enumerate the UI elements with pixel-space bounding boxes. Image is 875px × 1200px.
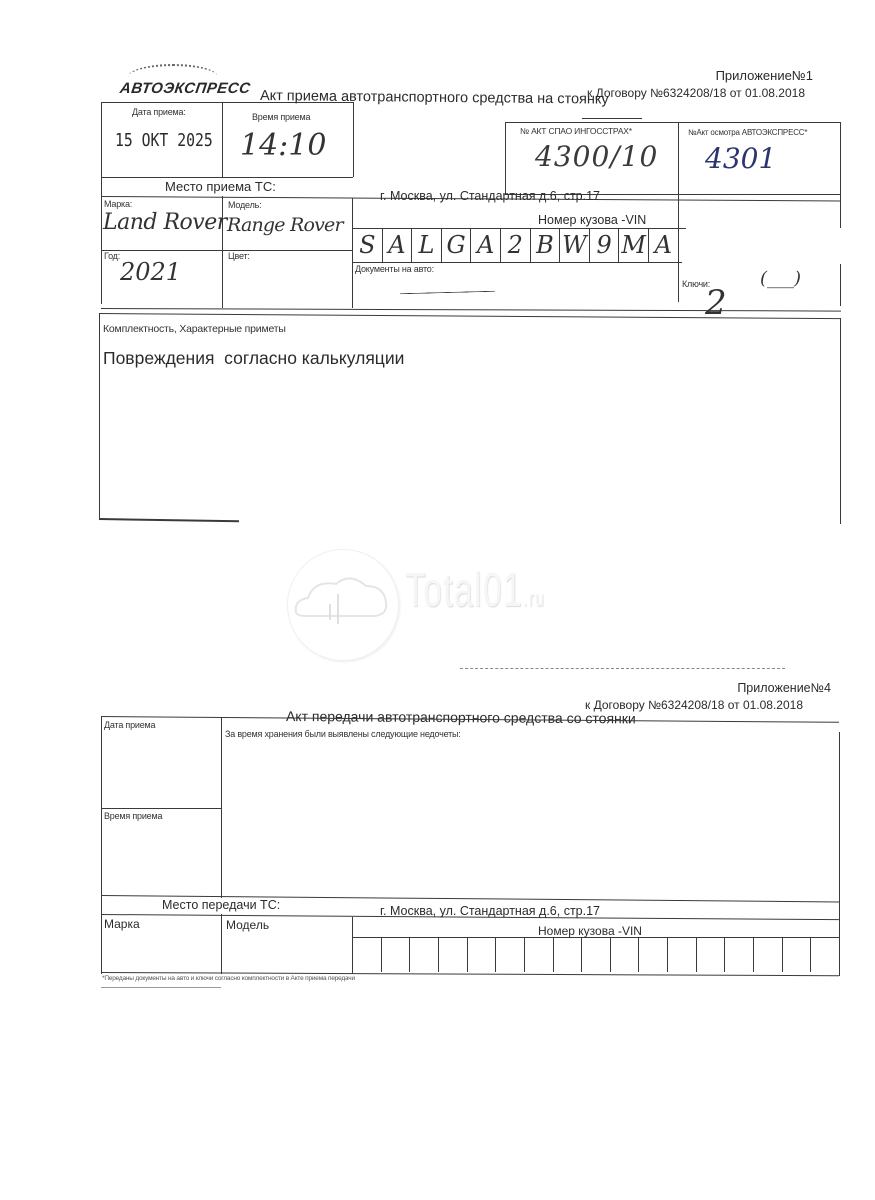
footnote: *Переданы документы на авто и ключи согл… — [102, 975, 355, 982]
f2-left-border — [101, 716, 102, 974]
make-label: Марка: — [104, 199, 132, 209]
vin-cell-empty — [381, 938, 410, 972]
title-underline — [582, 118, 642, 119]
vin-cell-empty — [467, 938, 496, 972]
place-value: г. Москва, ул. Стандартная д.6, стр.17 — [380, 189, 600, 203]
f1-ingos-left-divider — [505, 122, 506, 194]
time-label: Время приема — [252, 112, 310, 122]
vin-cell-empty — [696, 938, 725, 972]
f1-top-left-border — [101, 102, 353, 103]
vin-cell-divider — [678, 228, 682, 262]
form1-title: Акт приема автотранспортного средства на… — [260, 88, 609, 108]
car-cloud-icon — [287, 549, 399, 661]
watermark-text: Total01.ru — [405, 563, 545, 618]
defects-label: За время хранения были выявлены следующи… — [225, 729, 461, 739]
model-value: Range Rover — [227, 214, 343, 236]
autoexpress-act-value: 4301 — [705, 142, 776, 175]
f1-right-border — [840, 122, 841, 306]
docs-label: Документы на авто: — [355, 264, 434, 274]
vin-cell-empty — [553, 938, 582, 972]
docs-dash-stroke — [400, 291, 495, 294]
autoexpress-logo: АВТОЭКСПРЕСС — [120, 62, 230, 102]
f2-place-value: г. Москва, ул. Стандартная д.6, стр.17 — [380, 904, 600, 918]
vin-cell: A — [382, 228, 412, 262]
vin-cell-empty — [581, 938, 610, 972]
f2-right-border — [839, 732, 840, 976]
f1-completeness-right — [840, 318, 841, 524]
ingos-act-value: 4300/10 — [535, 140, 658, 173]
f2-place-label: Место передачи ТС: — [162, 898, 280, 912]
f1-left-border — [101, 102, 102, 304]
vin-cell: 9 — [589, 228, 619, 262]
f1-completeness-left — [99, 313, 100, 520]
f1-time-right-divider — [353, 102, 354, 177]
vin-cell-empty — [724, 938, 753, 972]
form1-appendix: Приложение№1 — [716, 68, 813, 83]
vin-cell: G — [441, 228, 471, 262]
redacted-area — [686, 228, 846, 264]
form2-appendix: Приложение№4 — [737, 681, 831, 695]
vin-cell: A — [648, 228, 678, 262]
ingos-act-label: № АКТ СПАО ИНГОССТРАХ* — [520, 126, 632, 136]
f2-make-label: Марка — [104, 917, 140, 931]
vin-cells: SALGA2BW9MA — [352, 228, 682, 262]
form1-contract-ref: к Договору №6324208/18 от 01.08.2018 — [587, 86, 805, 100]
f1-make-row-bottom — [101, 250, 352, 251]
f2-date-label: Дата приема — [104, 720, 155, 730]
logo-text: АВТОЭКСПРЕСС — [119, 80, 252, 97]
vin-cell: 2 — [500, 228, 530, 262]
keys-extra: (___) — [760, 268, 801, 289]
vin-cell: M — [618, 228, 648, 262]
separator-line — [460, 668, 785, 669]
f1-date-time-divider — [222, 102, 223, 177]
f1-top-right-border — [505, 122, 841, 123]
f2-vin-cells — [352, 938, 839, 972]
vin-cell-empty — [495, 938, 524, 972]
time-value: 14:10 — [240, 128, 326, 163]
vin-cell-empty — [409, 938, 438, 972]
make-value: Land Rover — [103, 210, 227, 235]
vin-cell: A — [470, 228, 500, 262]
vin-cell-empty — [610, 938, 639, 972]
vin-cell-empty — [667, 938, 696, 972]
completeness-value: Повреждения согласно калькуляции — [103, 348, 404, 369]
f1-date-row-bottom — [101, 177, 353, 178]
autoexpress-act-label: №Акт осмотра АВТОЭКСПРЕСС* — [688, 128, 807, 137]
date-stamp-value: 15 ОКТ 2025 — [115, 130, 213, 151]
vin-cell-empty — [782, 938, 811, 972]
vin-cell-empty — [438, 938, 467, 972]
keys-value: 2 — [705, 283, 727, 323]
f2-time-label: Время приема — [104, 811, 162, 821]
model-label: Модель: — [228, 200, 261, 210]
color-label: Цвет: — [228, 251, 250, 261]
f2-make-model-divider — [221, 914, 222, 974]
f1-grid-bottom — [101, 308, 841, 312]
f2-vin-label: Номер кузова -VIN — [538, 924, 642, 938]
f2-date-defects-divider — [221, 718, 222, 898]
date-label: Дата приема: — [132, 107, 186, 117]
year-label: Год: — [104, 251, 120, 261]
vin-cell-empty — [753, 938, 782, 972]
vin-cell: L — [411, 228, 441, 262]
vin-cell-empty — [352, 938, 381, 972]
f1-completeness-bottom — [99, 518, 239, 522]
vin-cell-empty — [638, 938, 667, 972]
watermark: Total01.ru — [285, 545, 605, 665]
footnote-rule — [101, 987, 221, 988]
f2-date-bottom — [101, 808, 221, 809]
vin-label: Номер кузова -VIN — [538, 213, 646, 227]
completeness-label: Комплектность, Характерные приметы — [103, 323, 286, 335]
vin-cell-empty — [524, 938, 553, 972]
year-value: 2021 — [120, 258, 181, 286]
place-label: Место приема ТС: — [165, 179, 276, 194]
vin-cell: B — [530, 228, 560, 262]
vin-cell: W — [559, 228, 589, 262]
vin-cell-empty — [810, 938, 839, 972]
f1-autoexpress-divider — [678, 122, 679, 302]
f1-vin-cells-bottom — [352, 262, 682, 263]
f1-completeness-top — [99, 313, 841, 319]
f2-model-label: Модель — [226, 918, 269, 932]
vin-cell: S — [352, 228, 382, 262]
